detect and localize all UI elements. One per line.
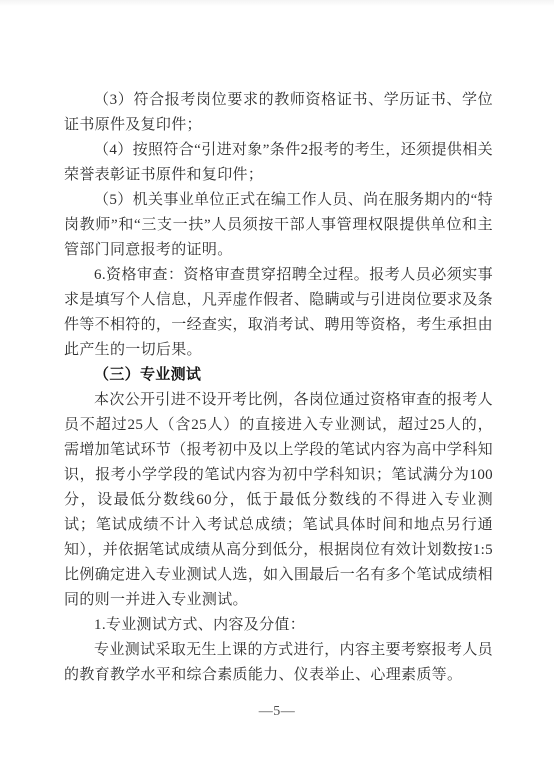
section-heading-professional-test: （三）专业测试 bbox=[64, 363, 493, 388]
page-number: —5— bbox=[0, 702, 554, 722]
document-paragraph: 1.专业测试方式、内容及分值： bbox=[64, 613, 493, 638]
document-body: （3）符合报考岗位要求的教师资格证书、学历证书、学位证书原件及复印件； （4）按… bbox=[64, 88, 493, 688]
page-top-edge bbox=[0, 0, 554, 6]
document-paragraph: 6.资格审查：资格审查贯穿招聘全过程。报考人员必须实事求是填写个人信息，凡弄虚作… bbox=[64, 263, 493, 363]
document-paragraph: 专业测试采取无生上课的方式进行，内容主要考察报考人员的教育教学水平和综合素质能力… bbox=[64, 638, 493, 688]
document-paragraph: （4）按照符合“引进对象”条件2报考的考生，还须提供相关荣誉表彰证书原件和复印件… bbox=[64, 138, 493, 188]
document-paragraph: （3）符合报考岗位要求的教师资格证书、学历证书、学位证书原件及复印件； bbox=[64, 88, 493, 138]
document-paragraph: （5）机关事业单位正式在编工作人员、尚在服务期内的“特岗教师”和“三支一扶”人员… bbox=[64, 188, 493, 263]
document-page: （3）符合报考岗位要求的教师资格证书、学历证书、学位证书原件及复印件； （4）按… bbox=[0, 0, 554, 784]
document-paragraph: 本次公开引进不设开考比例，各岗位通过资格审查的报考人员不超过25人（含25人）的… bbox=[64, 388, 493, 613]
